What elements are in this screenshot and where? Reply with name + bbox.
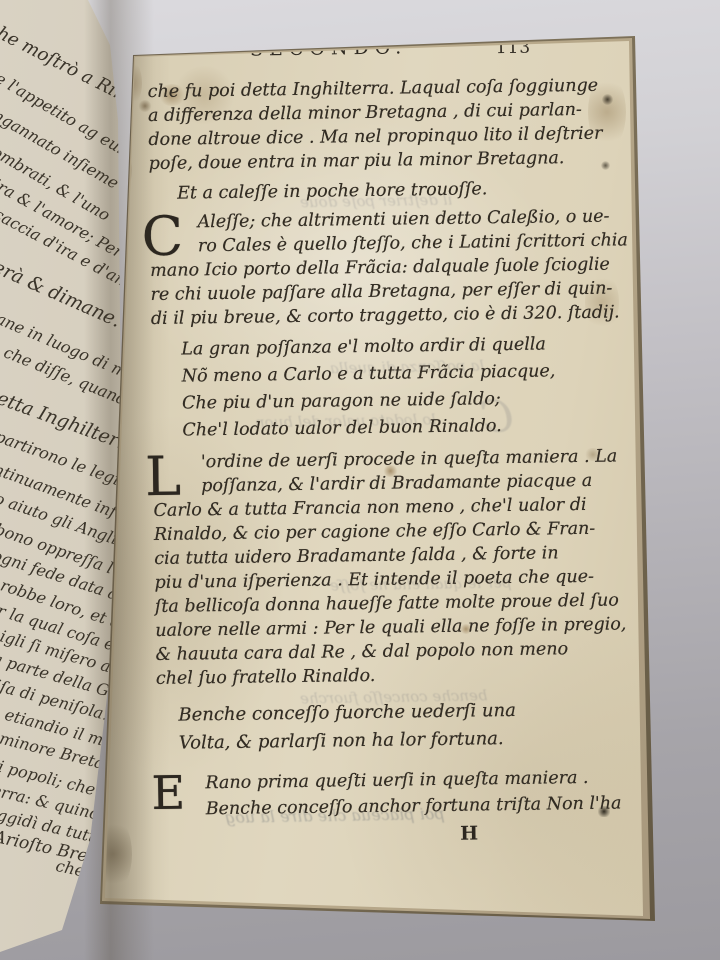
verse-line: Et a caleſſe in poche hore trouoſſe. xyxy=(177,176,537,207)
paragraph-with-initial: E Rano prima queſti uerſi in queſta mani… xyxy=(157,766,546,823)
text-line: Benche conceſſo anchor fortuna triſta No… xyxy=(158,792,546,823)
paragraph: che fu poi detta Inghilterra. Laqual coſ… xyxy=(148,75,537,176)
verse-line: Volta, & parlarſi non ha lor fortuna. xyxy=(179,725,545,758)
verse-line: Che'l lodato ualor del buon Rinaldo. xyxy=(182,413,540,445)
text-line: di il piu breue, & corto traggetto, cio … xyxy=(151,302,539,331)
stain xyxy=(602,94,613,105)
text-line: chel ſuo fratello Rinaldo. xyxy=(156,662,544,691)
verse-quote: La gran poſſanza e'l molto ardir di quel… xyxy=(181,332,540,445)
stain xyxy=(601,161,610,170)
verse-quote: Benche conceſſo fuorche uederſi una Volt… xyxy=(178,697,545,758)
text-line: poſe, doue entra in mar piu la minor Bre… xyxy=(149,147,537,176)
gutter-shadow xyxy=(84,0,154,960)
stain xyxy=(344,12,353,20)
verse-quote: Et a caleſſe in poche hore trouoſſe. xyxy=(177,176,537,207)
page-content: SECONDO. 113 che fu poi detta Inghilterr… xyxy=(147,35,546,849)
book-photo: che moſtrò a Rinaldo ome l'appetito ag e… xyxy=(0,0,720,960)
signature-mark: H xyxy=(158,822,546,849)
paragraph-with-initial: C Aleſſe; che altrimenti uien detto Cale… xyxy=(149,206,539,331)
paragraph-with-initial: L 'ordine de uerſi procede in queſta man… xyxy=(153,446,544,691)
drop-cap-initial: E xyxy=(151,772,185,814)
